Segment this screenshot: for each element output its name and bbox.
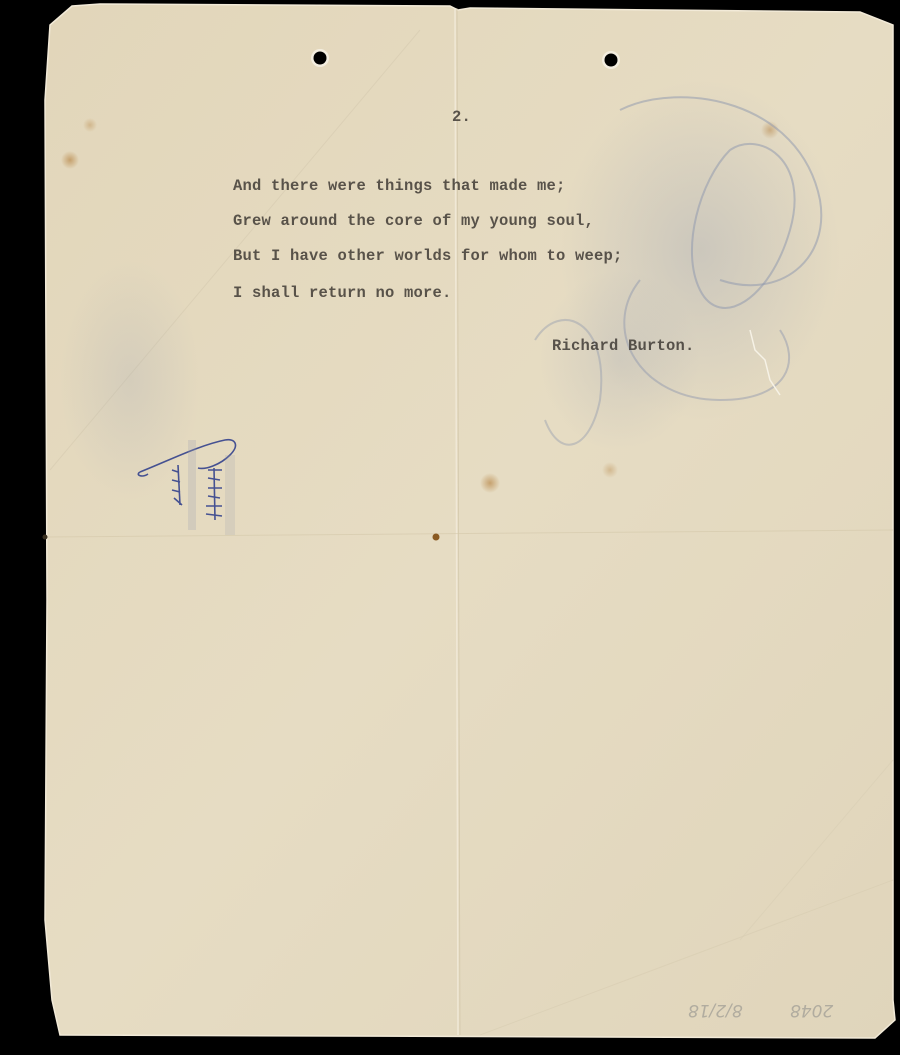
author-signature: Richard Burton. bbox=[552, 337, 695, 355]
document-page: 2. And there were things that made me; G… bbox=[0, 0, 900, 1055]
poem-line: Grew around the core of my young soul, bbox=[233, 212, 594, 230]
page-number: 2. bbox=[452, 108, 471, 126]
poem-line: But I have other worlds for whom to weep… bbox=[233, 247, 623, 265]
poem-line: I shall return no more. bbox=[233, 284, 452, 302]
pencil-note-date: 8/2/18 bbox=[688, 1000, 743, 1020]
paper-sheet bbox=[0, 0, 900, 1055]
poem-line: And there were things that made me; bbox=[233, 177, 566, 195]
pencil-note-number: 2048 bbox=[790, 1000, 833, 1020]
